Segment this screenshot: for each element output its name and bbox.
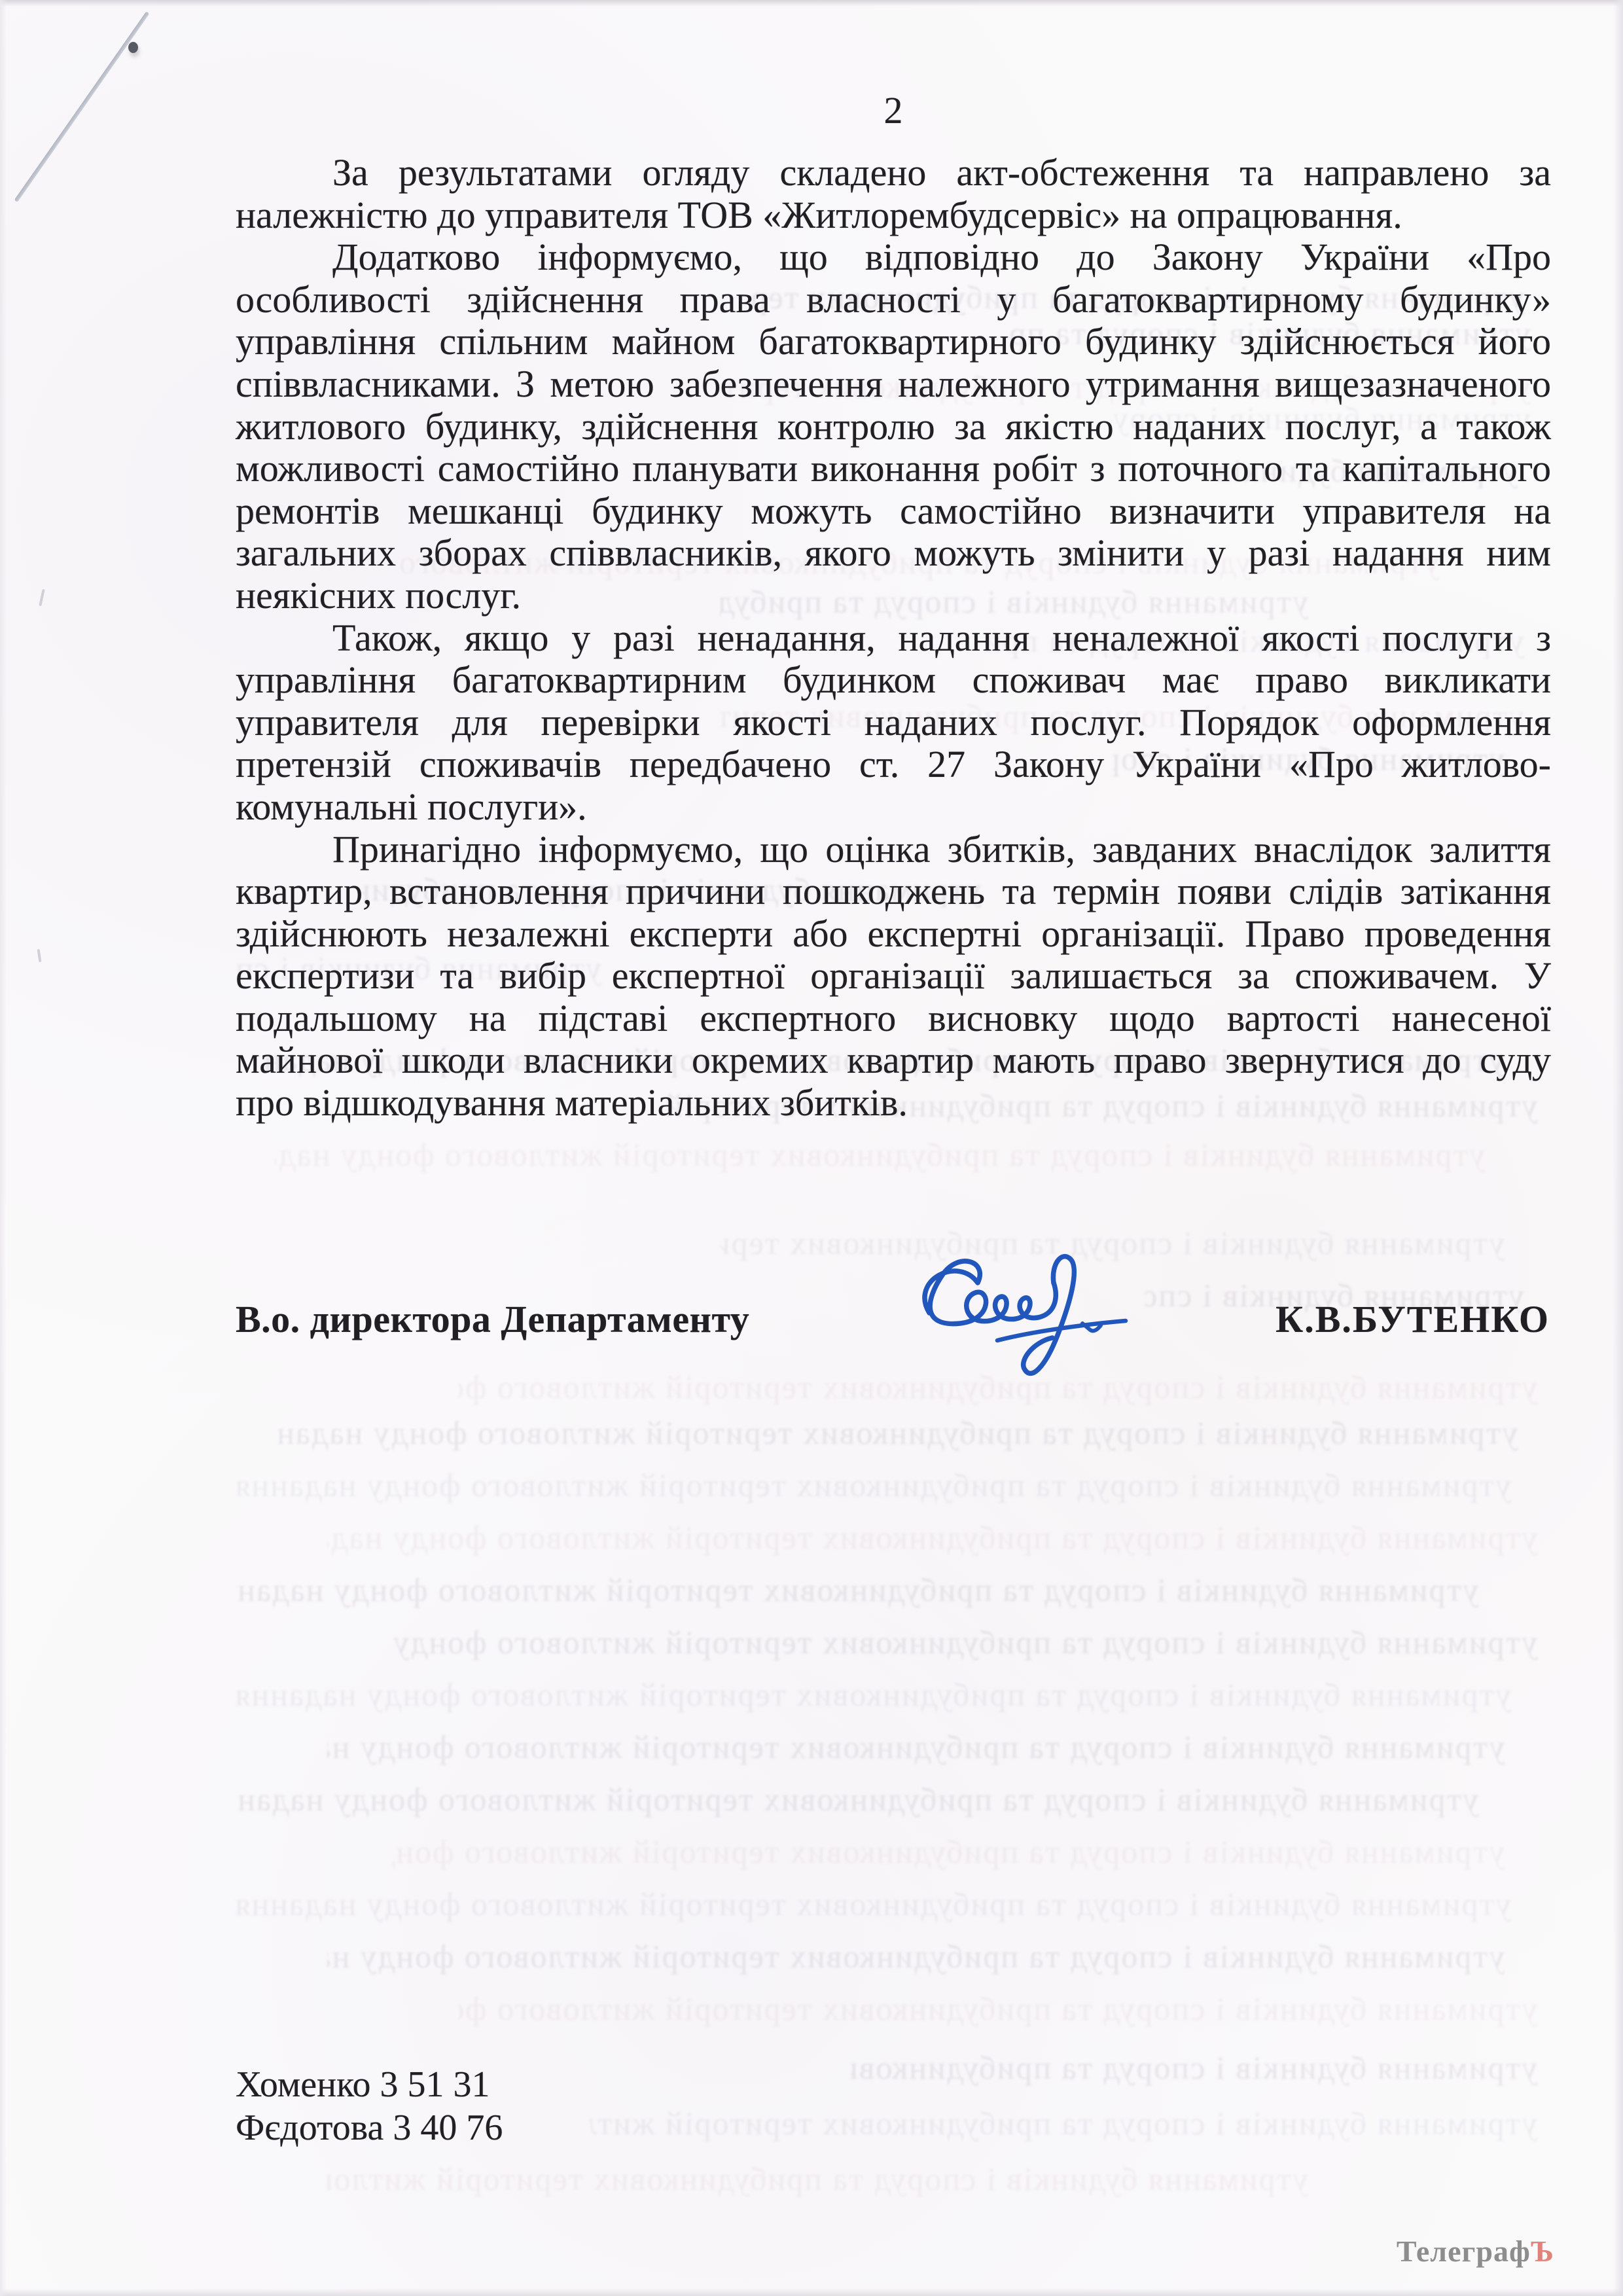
bleedthrough-line: утримання будинків і споруд та прибудинк… xyxy=(236,1676,1512,1713)
bleedthrough-line: утримання будинків і споруд та прибудинк… xyxy=(589,2104,1538,2142)
bleedthrough-line: утримання будинків і споруд та прибудинк… xyxy=(851,2049,1538,2087)
page-number: 2 xyxy=(236,88,1551,132)
signer-name: К.В.БУТЕНКО xyxy=(1275,1297,1550,1341)
scan-speck xyxy=(37,949,42,962)
document-line: про відшкодування матеріальних збитків. xyxy=(236,1082,1551,1124)
document-line: особливості здійснення права власності у… xyxy=(236,279,1551,321)
contact-line-1: Хоменко 3 51 31 xyxy=(236,2063,503,2106)
bleedthrough-line: утримання будинків і споруд та прибудинк… xyxy=(275,1136,1486,1174)
bleedthrough-line: утримання будинків і споруд та прибудинк… xyxy=(236,1780,1479,1818)
scan-edge-bottom xyxy=(0,2288,1623,2296)
document-line: Принагідно інформуємо, що оцінка збитків… xyxy=(236,829,1551,871)
document-line: квартир, встановлення причини пошкоджень… xyxy=(236,870,1551,913)
document-line: ремонтів мешканці будинку можуть самості… xyxy=(236,490,1551,533)
scan-edge-left xyxy=(0,0,7,2296)
signer-title: В.о. директора Департаменту xyxy=(236,1297,749,1341)
bleedthrough-line: утримання будинків і споруд та прибудинк… xyxy=(236,1571,1479,1609)
document-line: управління багатоквартирним будинком спо… xyxy=(236,659,1551,702)
bleedthrough-line: утримання будинків і споруд та прибудинк… xyxy=(236,1885,1512,1923)
scanned-letter-page: утримання будинків і споруд та прибудинк… xyxy=(0,0,1623,2296)
executor-contacts: Хоменко 3 51 31 Фєдотова 3 40 76 xyxy=(236,2063,503,2149)
document-line: належністю до управителя ТОВ «Житлорембу… xyxy=(236,194,1551,237)
document-line: можливості самостійно планувати виконанн… xyxy=(236,448,1551,490)
contact-line-2: Фєдотова 3 40 76 xyxy=(236,2106,503,2149)
document-body: За результатами огляду складено акт-обст… xyxy=(236,152,1551,1124)
staple-dot-artifact xyxy=(128,42,138,53)
bleedthrough-line: утримання будинків і споруд та прибудинк… xyxy=(393,1833,1505,1871)
bleedthrough-line: утримання будинків і споруд та прибудинк… xyxy=(327,2160,1309,2198)
bleedthrough-line: утримання будинків і споруд та прибудинк… xyxy=(236,1466,1512,1504)
scan-edge-right xyxy=(1613,0,1623,2296)
document-line: Також, якщо у разі ненадання, надання не… xyxy=(236,617,1551,660)
document-line: житлового будинку, здійснення контролю з… xyxy=(236,406,1551,448)
document-line: співвласниками. З метою забезпечення нал… xyxy=(236,363,1551,406)
watermark-red-letter: Ъ xyxy=(1531,2234,1554,2268)
document-line: За результатами огляду складено акт-обст… xyxy=(236,152,1551,194)
bleedthrough-line: утримання будинків і споруд та прибудинк… xyxy=(327,1728,1505,1766)
document-line: управителя для перевірки якості наданих … xyxy=(236,702,1551,744)
scan-speck xyxy=(39,589,45,606)
bleedthrough-line: утримання будинків і споруд та прибудинк… xyxy=(327,1518,1538,1556)
document-line: майнової шкоди власники окремих квартир … xyxy=(236,1039,1551,1082)
document-line: комунальні послуги». xyxy=(236,786,1551,829)
bleedthrough-line: утримання будинків і споруд та прибудинк… xyxy=(393,1623,1538,1661)
signature-scribble xyxy=(898,1242,1133,1393)
watermark-gray-text: Телеграф xyxy=(1397,2234,1531,2268)
document-line: претензій споживачів передбачено ст. 27 … xyxy=(236,744,1551,786)
bleedthrough-line: утримання будинків і споруд та прибудинк… xyxy=(275,1414,1518,1452)
document-line: Додатково інформуємо, що відповідно до З… xyxy=(236,236,1551,279)
document-line: експертизи та вибір експертної організац… xyxy=(236,955,1551,997)
document-line: подальшому на підставі експертного висно… xyxy=(236,997,1551,1040)
staple-line-artifact xyxy=(14,11,150,202)
bleedthrough-line: утримання будинків і споруд та прибудинк… xyxy=(458,1990,1538,2028)
document-line: загальних зборах співвласників, якого мо… xyxy=(236,532,1551,575)
document-line: управління спільним майном багатоквартир… xyxy=(236,321,1551,363)
document-line: неякісних послуг. xyxy=(236,575,1551,617)
bleedthrough-line: утримання будинків і споруд та прибудинк… xyxy=(327,1937,1505,1975)
watermark-telegraf: ТелеграфЪ xyxy=(1397,2234,1554,2269)
scan-edge-top xyxy=(0,0,1623,7)
document-line: здійснюють незалежні експерти або експер… xyxy=(236,913,1551,956)
